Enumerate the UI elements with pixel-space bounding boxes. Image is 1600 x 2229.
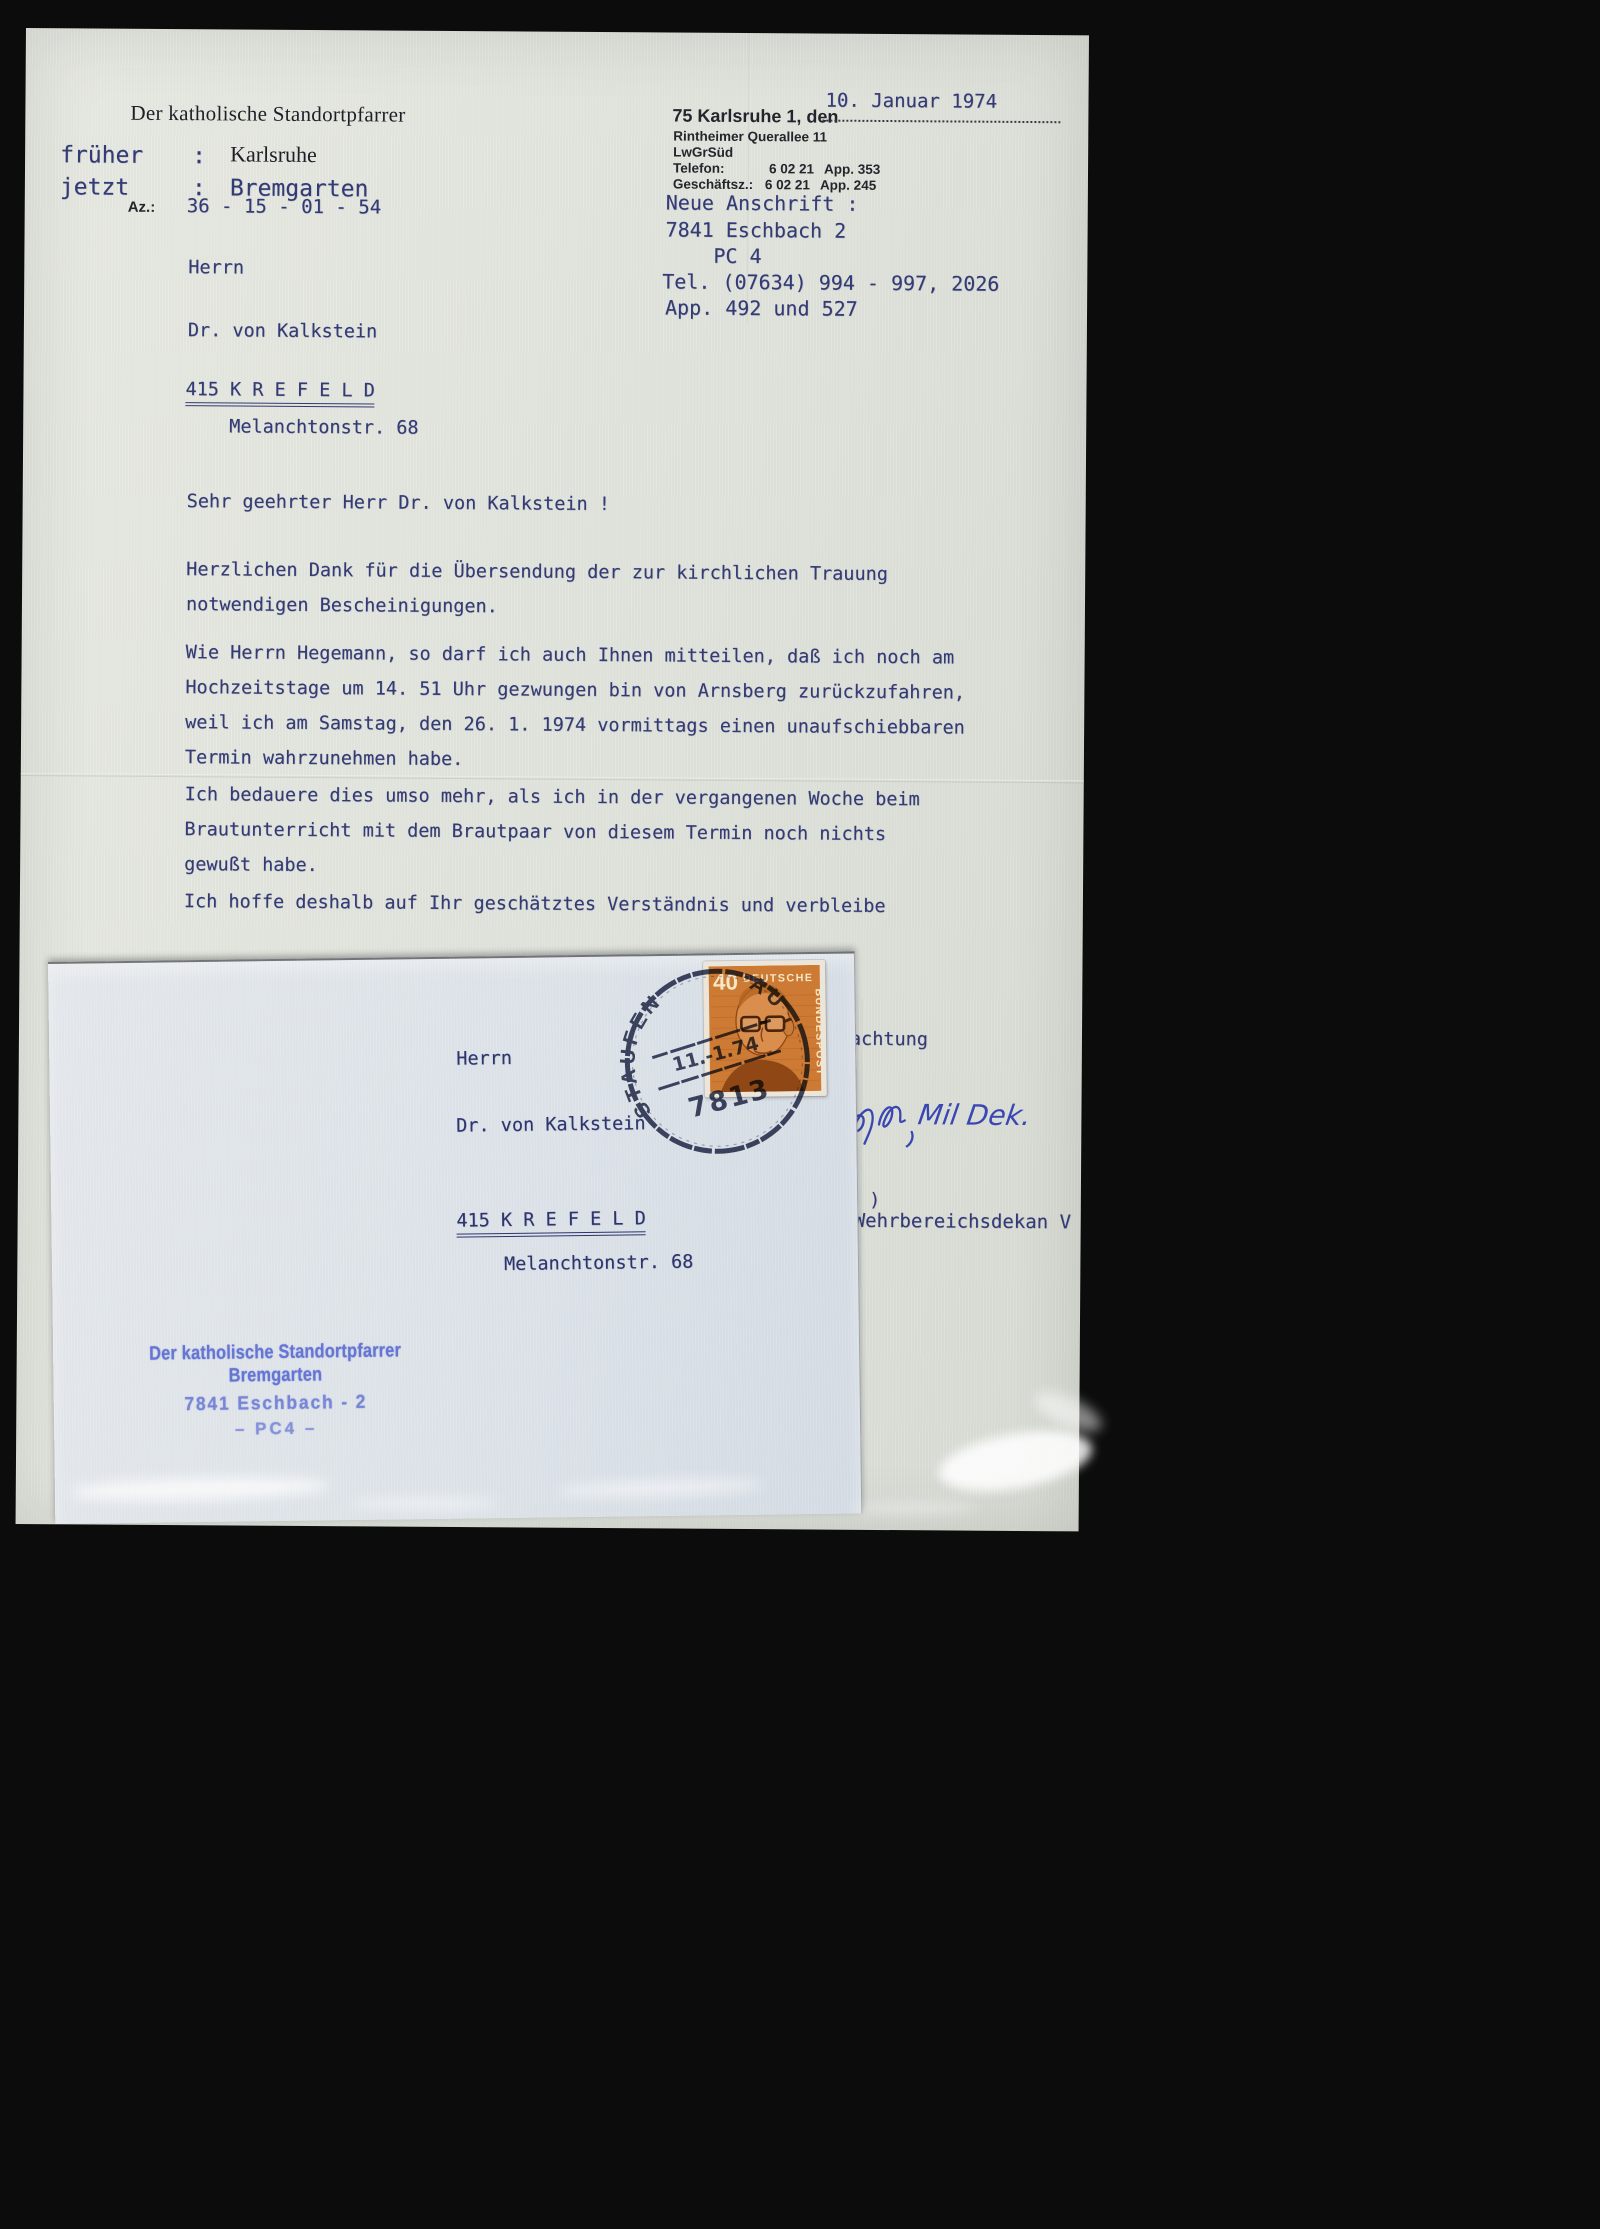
current-label: jetzt [60, 174, 129, 200]
signature-handwriting: Mil Dek. [836, 1072, 1072, 1158]
new-address-line2: PC 4 [713, 244, 761, 268]
sender-rubber-stamp: Der katholische Standortpfarrer Bremgart… [69, 1338, 482, 1441]
body-line: notwendigen Bescheinigungen. [186, 594, 498, 617]
envelope-recipient-salute: Herrn [456, 1048, 512, 1070]
recipient-salute: Herrn [188, 257, 244, 278]
office-street: Rintheimer Querallee 11 [673, 129, 827, 145]
closing-title-line: Wehrbereichsdekan V [854, 1210, 1071, 1234]
sleeve-reflection [852, 1502, 977, 1514]
office-unit: LwGrSüd [673, 145, 733, 160]
salutation: Sehr geehrter Herr Dr. von Kalkstein ! [187, 491, 610, 515]
business-number: 6 02 21 [765, 177, 810, 192]
body-line: Herzlichen Dank für die Übersendung der … [186, 559, 888, 585]
postmark: STAUFEN AU 11.-1.74 7813 [616, 960, 819, 1163]
scanned-photo: Der katholische Standortpfarrer früher :… [0, 0, 1600, 2229]
postmark-code: 7813 [685, 1073, 773, 1124]
phone-label: Telefon: [673, 161, 769, 177]
date-dotted-line [822, 118, 1060, 124]
body-line: Brautunterricht mit dem Brautpaar von di… [184, 819, 886, 845]
envelope-recipient-street: Melanchtonstr. 68 [504, 1252, 694, 1275]
envelope-recipient-city: 415 K R E F E L D [456, 1208, 646, 1237]
file-number-label: Az.: [128, 199, 156, 216]
envelope-recipient-city-text: 415 K R E F E L D [456, 1208, 646, 1234]
new-address-line1: 7841 Eschbach 2 [666, 217, 847, 242]
fold-crease-horizontal [21, 773, 1084, 783]
signature-legible-text: Mil Dek. [916, 1098, 1033, 1132]
new-address-heading: Neue Anschrift : [666, 190, 859, 215]
file-number-value: 36 - 15 - 01 - 54 [187, 195, 382, 218]
body-line: Ich hoffe deshalb auf Ihr geschätztes Ve… [184, 891, 886, 917]
phone-number: 6 02 21 [769, 161, 814, 176]
recipient-city-text: 415 K R E F E L D [185, 379, 375, 404]
office-phone-row: Telefon:6 02 21App. 353 [673, 161, 880, 177]
former-colon: : [192, 143, 206, 169]
phone-ext: App. 353 [824, 162, 880, 177]
body-line: Hochzeitstage um 14. 51 Uhr gezwungen bi… [185, 677, 965, 703]
former-value: Karlsruhe [230, 141, 317, 168]
svg-text:AU: AU [742, 965, 794, 1020]
letterhead-title: Der katholische Standortpfarrer [130, 101, 405, 128]
typed-date: 10. Januar 1974 [825, 90, 997, 113]
sender-stamp-line3: – PC4 – [70, 1416, 482, 1441]
new-address-tel: Tel. (07634) 994 - 997, 2026 [662, 269, 999, 295]
sleeve-reflection [350, 1497, 500, 1510]
postmark-town-arc-right: AU [742, 965, 794, 1020]
recipient-name: Dr. von Kalkstein [188, 320, 378, 342]
office-city-line: 75 Karlsruhe 1, den [672, 106, 838, 128]
recipient-street: Melanchtonstr. 68 [229, 416, 419, 438]
envelope: Herrn Dr. von Kalkstein 415 K R E F E L … [48, 951, 862, 1524]
recipient-city: 415 K R E F E L D [185, 379, 375, 407]
closing-fragment-hochachtung: achtung [850, 1029, 928, 1051]
sender-stamp-line2: 7841 Eschbach - 2 [86, 1391, 465, 1418]
letterhead-former-row: früher : Karlsruhe [60, 142, 460, 175]
body-line: Wie Herrn Hegemann, so darf ich auch Ihn… [186, 642, 955, 668]
body-line: Ich bedauere dies umso mehr, als ich in … [185, 784, 920, 810]
body-line: Termin wahrzunehmen habe. [185, 747, 464, 770]
body-line: gewußt habe. [184, 854, 318, 876]
new-address-ext: App. 492 und 527 [665, 295, 858, 320]
sender-stamp-line1: Der katholische Standortpfarrer Bremgart… [102, 1339, 449, 1390]
body-line: weil ich am Samstag, den 26. 1. 1974 vor… [185, 712, 965, 738]
former-label: früher [60, 142, 143, 169]
